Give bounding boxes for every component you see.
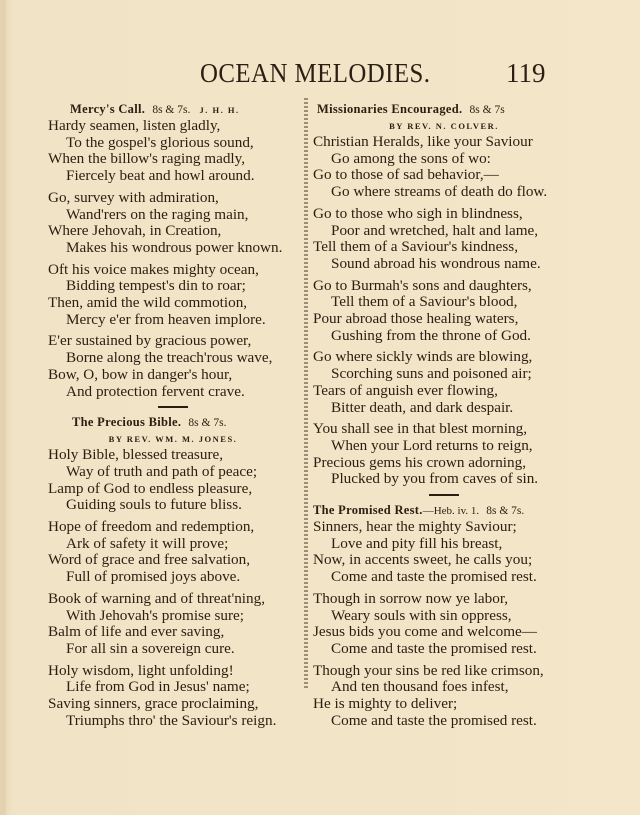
section-rule <box>158 406 188 408</box>
verse-line: Plucked by you from caves of sin. <box>313 471 575 488</box>
verse-line: Oft his voice makes mighty ocean, <box>48 262 298 279</box>
running-title: OCEAN MELODIES. <box>200 58 430 89</box>
verse-line: Hardy seamen, listen gladly, <box>48 118 298 135</box>
right-column: Missionaries Encouraged. 8s & 7s BY REV.… <box>313 101 575 735</box>
section-rule <box>429 494 459 496</box>
scripture-reference: —Heb. iv. 1. <box>423 505 479 517</box>
verse-line: Go to those who sigh in blindness, <box>313 206 575 223</box>
verse-line: Bidding tempest's din to roar; <box>48 278 298 295</box>
verse-line: Go to Burmah's sons and daughters, <box>313 278 575 295</box>
hymn-heading: The Precious Bible. 8s & 7s. <box>48 414 298 431</box>
stanza: Book of warning and of threat'ning, With… <box>48 591 298 658</box>
hymn-heading: The Promised Rest.—Heb. iv. 1. 8s & 7s. <box>313 502 575 519</box>
verse-line: And ten thousand foes infest, <box>313 679 575 696</box>
verse-line: Gushing from the throne of God. <box>313 328 575 345</box>
hymn-meter: 8s & 7s. <box>188 417 226 429</box>
verse-line: Pour abroad those healing waters, <box>313 311 575 328</box>
stanza: Oft his voice makes mighty ocean, Biddin… <box>48 262 298 329</box>
verse-line: Tell them of a Saviour's blood, <box>313 294 575 311</box>
stanza: Christian Heralds, like your Saviour Go … <box>313 134 575 201</box>
stanza: Go where sickly winds are blowing, Scorc… <box>313 349 575 416</box>
stanza: Go, survey with admiration, Wand'rers on… <box>48 190 298 257</box>
verse-line: Where Jehovah, in Creation, <box>48 223 298 240</box>
verse-line: Triumphs thro' the Saviour's reign. <box>48 713 298 730</box>
column-divider <box>304 98 308 690</box>
verse-line: Word of grace and free salvation, <box>48 552 298 569</box>
hymn-meter: 8s & 7s <box>470 104 505 116</box>
verse-line: Full of promised joys above. <box>48 569 298 586</box>
hymn-meter: 8s & 7s. <box>486 505 524 517</box>
verse-line: Wand'rers on the raging main, <box>48 207 298 224</box>
verse-line: Christian Heralds, like your Saviour <box>313 134 575 151</box>
verse-line: You shall see in that blest morning, <box>313 421 575 438</box>
hymn-heading: Mercy's Call. 8s & 7s. J. H. H. <box>48 101 298 118</box>
verse-line: Though your sins be red like crimson, <box>313 663 575 680</box>
hymn-meter: 8s & 7s. <box>152 104 190 116</box>
verse-line: Tears of anguish ever flowing, <box>313 383 575 400</box>
stanza: E'er sustained by gracious power, Borne … <box>48 333 298 400</box>
verse-line: Come and taste the promised rest. <box>313 641 575 658</box>
verse-line: Saving sinners, grace proclaiming, <box>48 696 298 713</box>
verse-line: Come and taste the promised rest. <box>313 713 575 730</box>
verse-line: Lamp of God to endless pleasure, <box>48 481 298 498</box>
verse-line: Sound abroad his wondrous name. <box>313 256 575 273</box>
verse-line: Scorching suns and poisoned air; <box>313 366 575 383</box>
verse-line: Fiercely beat and howl around. <box>48 168 298 185</box>
stanza: Go to those who sigh in blindness, Poor … <box>313 206 575 273</box>
verse-line: Jesus bids you come and welcome— <box>313 624 575 641</box>
verse-line: He is mighty to deliver; <box>313 696 575 713</box>
verse-line: Love and pity fill his breast, <box>313 536 575 553</box>
page-gutter <box>0 0 6 815</box>
stanza: Though in sorrow now ye labor, Weary sou… <box>313 591 575 658</box>
stanza: Holy Bible, blessed treasure, Way of tru… <box>48 447 298 514</box>
verse-line: Makes his wondrous power known. <box>48 240 298 257</box>
verse-line: Guiding souls to future bliss. <box>48 497 298 514</box>
verse-line: Poor and wretched, halt and lame, <box>313 223 575 240</box>
stanza: Hope of freedom and redemption, Ark of s… <box>48 519 298 586</box>
verse-line: Go among the sons of wo: <box>313 151 575 168</box>
stanza: Go to Burmah's sons and daughters, Tell … <box>313 278 575 345</box>
verse-line: Precious gems his crown adorning, <box>313 455 575 472</box>
verse-line: When the billow's raging madly, <box>48 151 298 168</box>
verse-line: Holy wisdom, light unfolding! <box>48 663 298 680</box>
running-head: OCEAN MELODIES. 119 <box>0 58 640 92</box>
verse-line: And protection fervent crave. <box>48 384 298 401</box>
verse-line: Life from God in Jesus' name; <box>48 679 298 696</box>
verse-line: Go where sickly winds are blowing, <box>313 349 575 366</box>
verse-line: Bow, O, bow in danger's hour, <box>48 367 298 384</box>
verse-line: Though in sorrow now ye labor, <box>313 591 575 608</box>
hymn-mercys-call: Mercy's Call. 8s & 7s. J. H. H. Hardy se… <box>48 101 298 400</box>
page-number: 119 <box>506 58 546 89</box>
verse-line: Book of warning and of threat'ning, <box>48 591 298 608</box>
verse-line: Holy Bible, blessed treasure, <box>48 447 298 464</box>
hymn-byline: BY REV. N. COLVER. <box>313 119 575 133</box>
verse-line: Go to those of sad behavior,— <box>313 167 575 184</box>
hymn-missionaries-encouraged: Missionaries Encouraged. 8s & 7s BY REV.… <box>313 101 575 488</box>
verse-line: To the gospel's glorious sound, <box>48 135 298 152</box>
verse-line: Balm of life and ever saving, <box>48 624 298 641</box>
verse-line: Ark of safety it will prove; <box>48 536 298 553</box>
verse-line: E'er sustained by gracious power, <box>48 333 298 350</box>
hymn-author: J. H. H. <box>199 105 239 115</box>
stanza: Holy wisdom, light unfolding! Life from … <box>48 663 298 730</box>
verse-line: For all sin a sovereign cure. <box>48 641 298 658</box>
verse-line: Now, in accents sweet, he calls you; <box>313 552 575 569</box>
hymn-precious-bible: The Precious Bible. 8s & 7s. BY REV. WM.… <box>48 414 298 729</box>
verse-line: Borne along the treach'rous wave, <box>48 350 298 367</box>
stanza: Sinners, hear the mighty Saviour; Love a… <box>313 519 575 586</box>
verse-line: Go, survey with admiration, <box>48 190 298 207</box>
verse-line: Way of truth and path of peace; <box>48 464 298 481</box>
verse-line: Come and taste the promised rest. <box>313 569 575 586</box>
verse-line: Tell them of a Saviour's kindness, <box>313 239 575 256</box>
verse-line: Weary souls with sin oppress, <box>313 608 575 625</box>
stanza: Hardy seamen, listen gladly, To the gosp… <box>48 118 298 185</box>
hymn-heading: Missionaries Encouraged. 8s & 7s <box>313 101 575 118</box>
stanza: You shall see in that blest morning, Whe… <box>313 421 575 488</box>
verse-line: Hope of freedom and redemption, <box>48 519 298 536</box>
hymn-promised-rest: The Promised Rest.—Heb. iv. 1. 8s & 7s. … <box>313 502 575 729</box>
left-column: Mercy's Call. 8s & 7s. J. H. H. Hardy se… <box>48 101 298 735</box>
hymn-title: Missionaries Encouraged. <box>317 102 462 116</box>
stanza: Though your sins be red like crimson, An… <box>313 663 575 730</box>
verse-line: Sinners, hear the mighty Saviour; <box>313 519 575 536</box>
book-page: OCEAN MELODIES. 119 Mercy's Call. 8s & 7… <box>0 0 640 815</box>
hymn-byline: BY REV. WM. M. JONES. <box>48 432 298 446</box>
hymn-title: Mercy's Call. <box>70 102 145 116</box>
verse-line: When your Lord returns to reign, <box>313 438 575 455</box>
verse-line: With Jehovah's promise sure; <box>48 608 298 625</box>
hymn-title: The Precious Bible. <box>72 415 181 429</box>
verse-line: Mercy e'er from heaven implore. <box>48 312 298 329</box>
verse-line: Go where streams of death do flow. <box>313 184 575 201</box>
verse-line: Bitter death, and dark despair. <box>313 400 575 417</box>
hymn-title: The Promised Rest. <box>313 503 423 517</box>
verse-line: Then, amid the wild commotion, <box>48 295 298 312</box>
